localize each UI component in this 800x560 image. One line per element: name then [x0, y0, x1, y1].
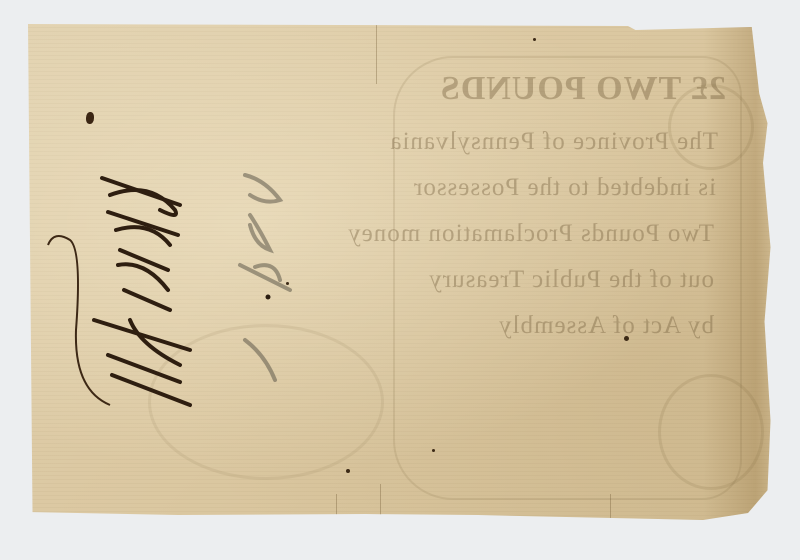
ink-blot [86, 112, 94, 124]
ink-speck [533, 38, 536, 41]
handwritten-signature [30, 150, 210, 420]
paper-crease [380, 484, 381, 520]
ink-speck [624, 336, 629, 341]
bleed-through-line: out of the Public Treasury [424, 266, 714, 294]
bleed-through-line: The Province of Pennsylvania [428, 128, 718, 156]
paper-crease [376, 24, 377, 84]
faint-pencil-notation [220, 155, 300, 385]
bleed-through-line: by Act of Assembly [424, 312, 714, 340]
paper-crease [336, 494, 337, 520]
paper-crease [610, 494, 611, 520]
ink-speck [432, 449, 435, 452]
ink-speck [346, 469, 350, 473]
bleed-through-line: is indebted to the Possessor [426, 174, 716, 202]
bleed-through-title: 2£ TWO POUNDS [428, 70, 738, 108]
bleed-through-ornament-bottom [658, 374, 764, 490]
bleed-through-line: Two Pounds Proclamation money [424, 220, 714, 248]
